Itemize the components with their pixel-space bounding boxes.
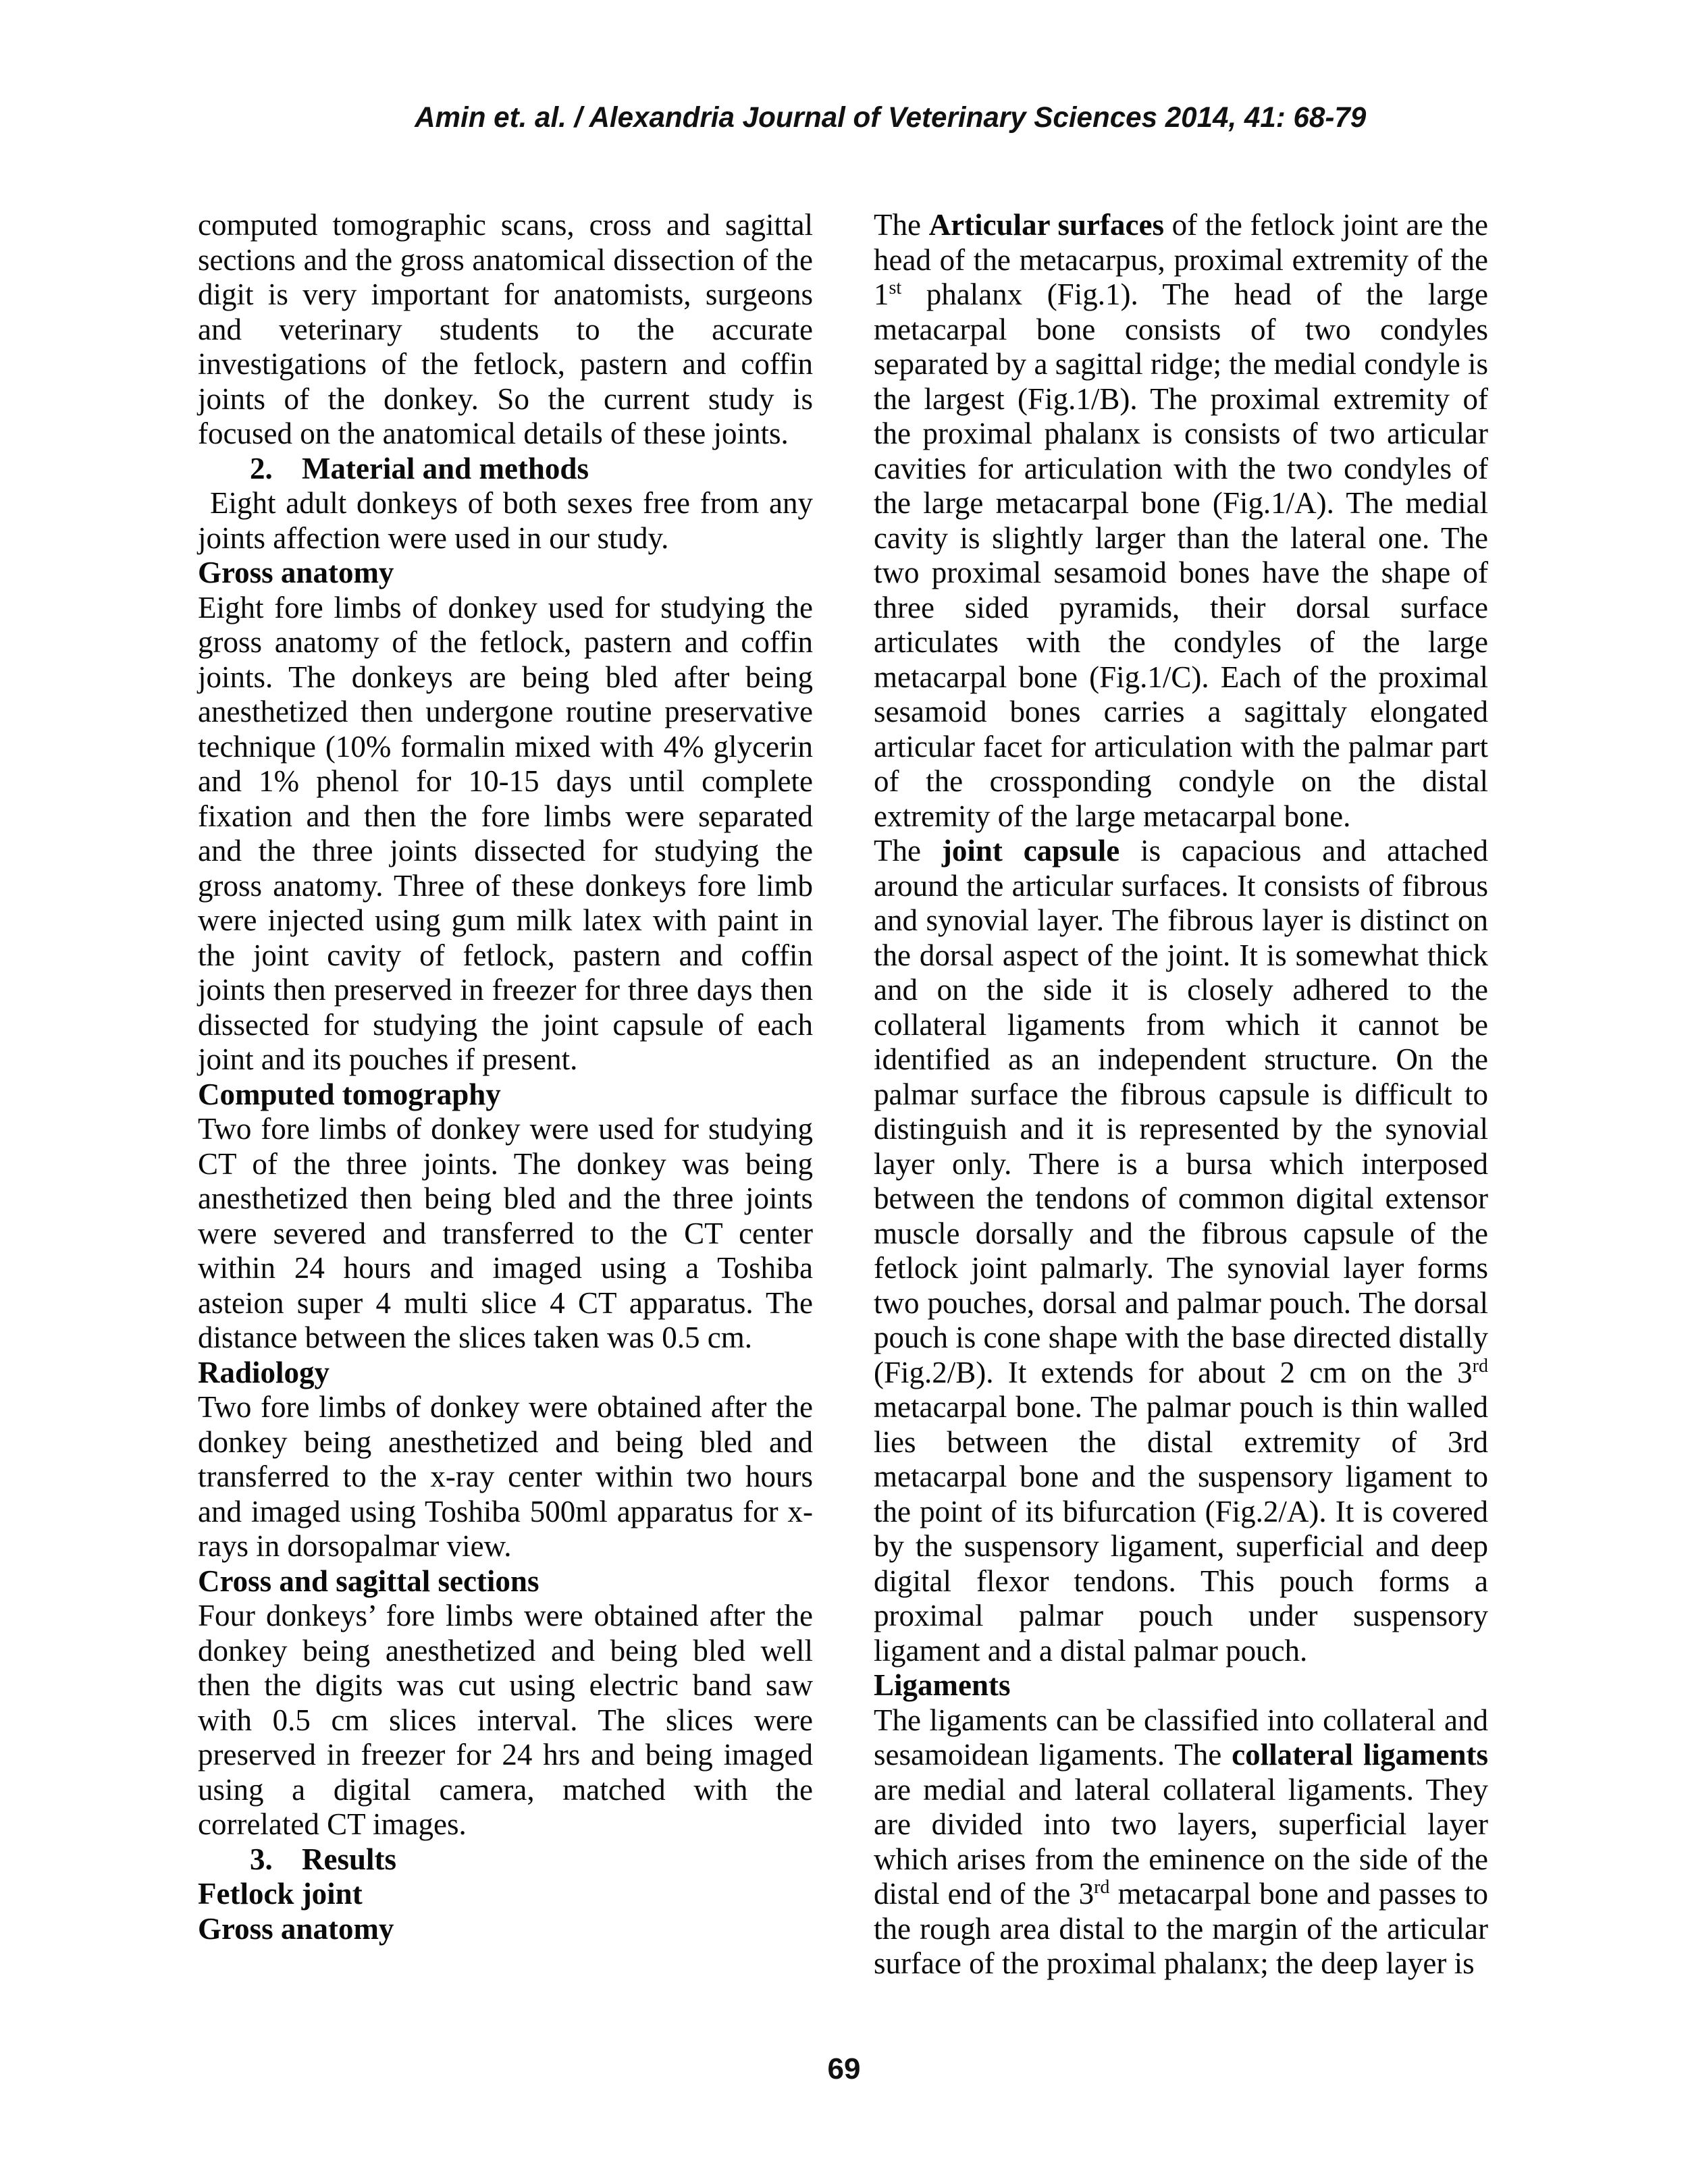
paragraph: Two fore limbs of donkey were used for s…	[198, 1112, 813, 1356]
text-run: Four donkeys’ fore limbs were obtained a…	[198, 1599, 813, 1841]
paragraph: The joint capsule is capacious and attac…	[874, 834, 1488, 1668]
heading-number: 2.	[250, 452, 302, 487]
superscript: rd	[1094, 1877, 1109, 1898]
page-number: 69	[0, 2052, 1688, 2086]
numbered-section-heading: 2.Material and methods	[198, 452, 813, 487]
text-run: Eight fore limbs of donkey used for stud…	[198, 591, 813, 1077]
text-run: Fetlock joint	[198, 1877, 363, 1911]
section-heading: Cross and sagittal sections	[198, 1564, 813, 1599]
text-run: The	[874, 834, 942, 868]
heading-number: 3.	[250, 1842, 302, 1877]
text-run: The	[874, 208, 929, 242]
numbered-section-heading: 3.Results	[198, 1842, 813, 1877]
bold-phrase: Articular surfaces	[929, 208, 1164, 242]
right-text-column: The Articular surfaces of the fetlock jo…	[874, 208, 1488, 1981]
paragraph: The ligaments can be classified into col…	[874, 1703, 1488, 1981]
paragraph: Two fore limbs of donkey were obtained a…	[198, 1390, 813, 1564]
text-run: computed tomographic scans, cross and sa…	[198, 208, 813, 450]
text-run: Radiology	[198, 1356, 329, 1389]
paragraph: computed tomographic scans, cross and sa…	[198, 208, 813, 452]
text-run: Material and methods	[302, 452, 589, 485]
text-run: Two fore limbs of donkey were used for s…	[198, 1112, 813, 1354]
paragraph: Eight adult donkeys of both sexes free f…	[198, 486, 813, 556]
paragraph: Four donkeys’ fore limbs were obtained a…	[198, 1599, 813, 1842]
text-run: Cross and sagittal sections	[198, 1564, 539, 1598]
section-heading: Gross anatomy	[198, 1912, 813, 1947]
text-run: phalanx (Fig.1). The head of the large m…	[874, 277, 1488, 833]
text-run: Eight adult donkeys of both sexes free f…	[198, 486, 813, 555]
paragraph: The Articular surfaces of the fetlock jo…	[874, 208, 1488, 834]
left-text-column: computed tomographic scans, cross and sa…	[198, 208, 813, 1946]
text-run: Results	[302, 1842, 396, 1876]
section-heading: Gross anatomy	[198, 556, 813, 591]
bold-phrase: joint capsule	[942, 834, 1119, 868]
section-heading: Radiology	[198, 1356, 813, 1391]
section-heading: Computed tomography	[198, 1077, 813, 1113]
text-run: Two fore limbs of donkey were obtained a…	[198, 1390, 813, 1563]
section-heading: Ligaments	[874, 1668, 1488, 1703]
text-run: metacarpal bone. The palmar pouch is thi…	[874, 1390, 1488, 1668]
paragraph: Eight fore limbs of donkey used for stud…	[198, 591, 813, 1077]
text-run: Ligaments	[874, 1668, 1011, 1702]
bold-phrase: collateral ligaments	[1232, 1738, 1488, 1772]
superscript: rd	[1473, 1356, 1488, 1377]
superscript: st	[889, 277, 902, 298]
text-run: Gross anatomy	[198, 1912, 394, 1946]
text-run: is capacious and attached around the art…	[874, 834, 1488, 1389]
section-heading: Fetlock joint	[198, 1877, 813, 1912]
journal-header: Amin et. al. / Alexandria Journal of Vet…	[415, 101, 1348, 134]
text-run: Computed tomography	[198, 1077, 501, 1111]
text-run: Gross anatomy	[198, 556, 394, 589]
